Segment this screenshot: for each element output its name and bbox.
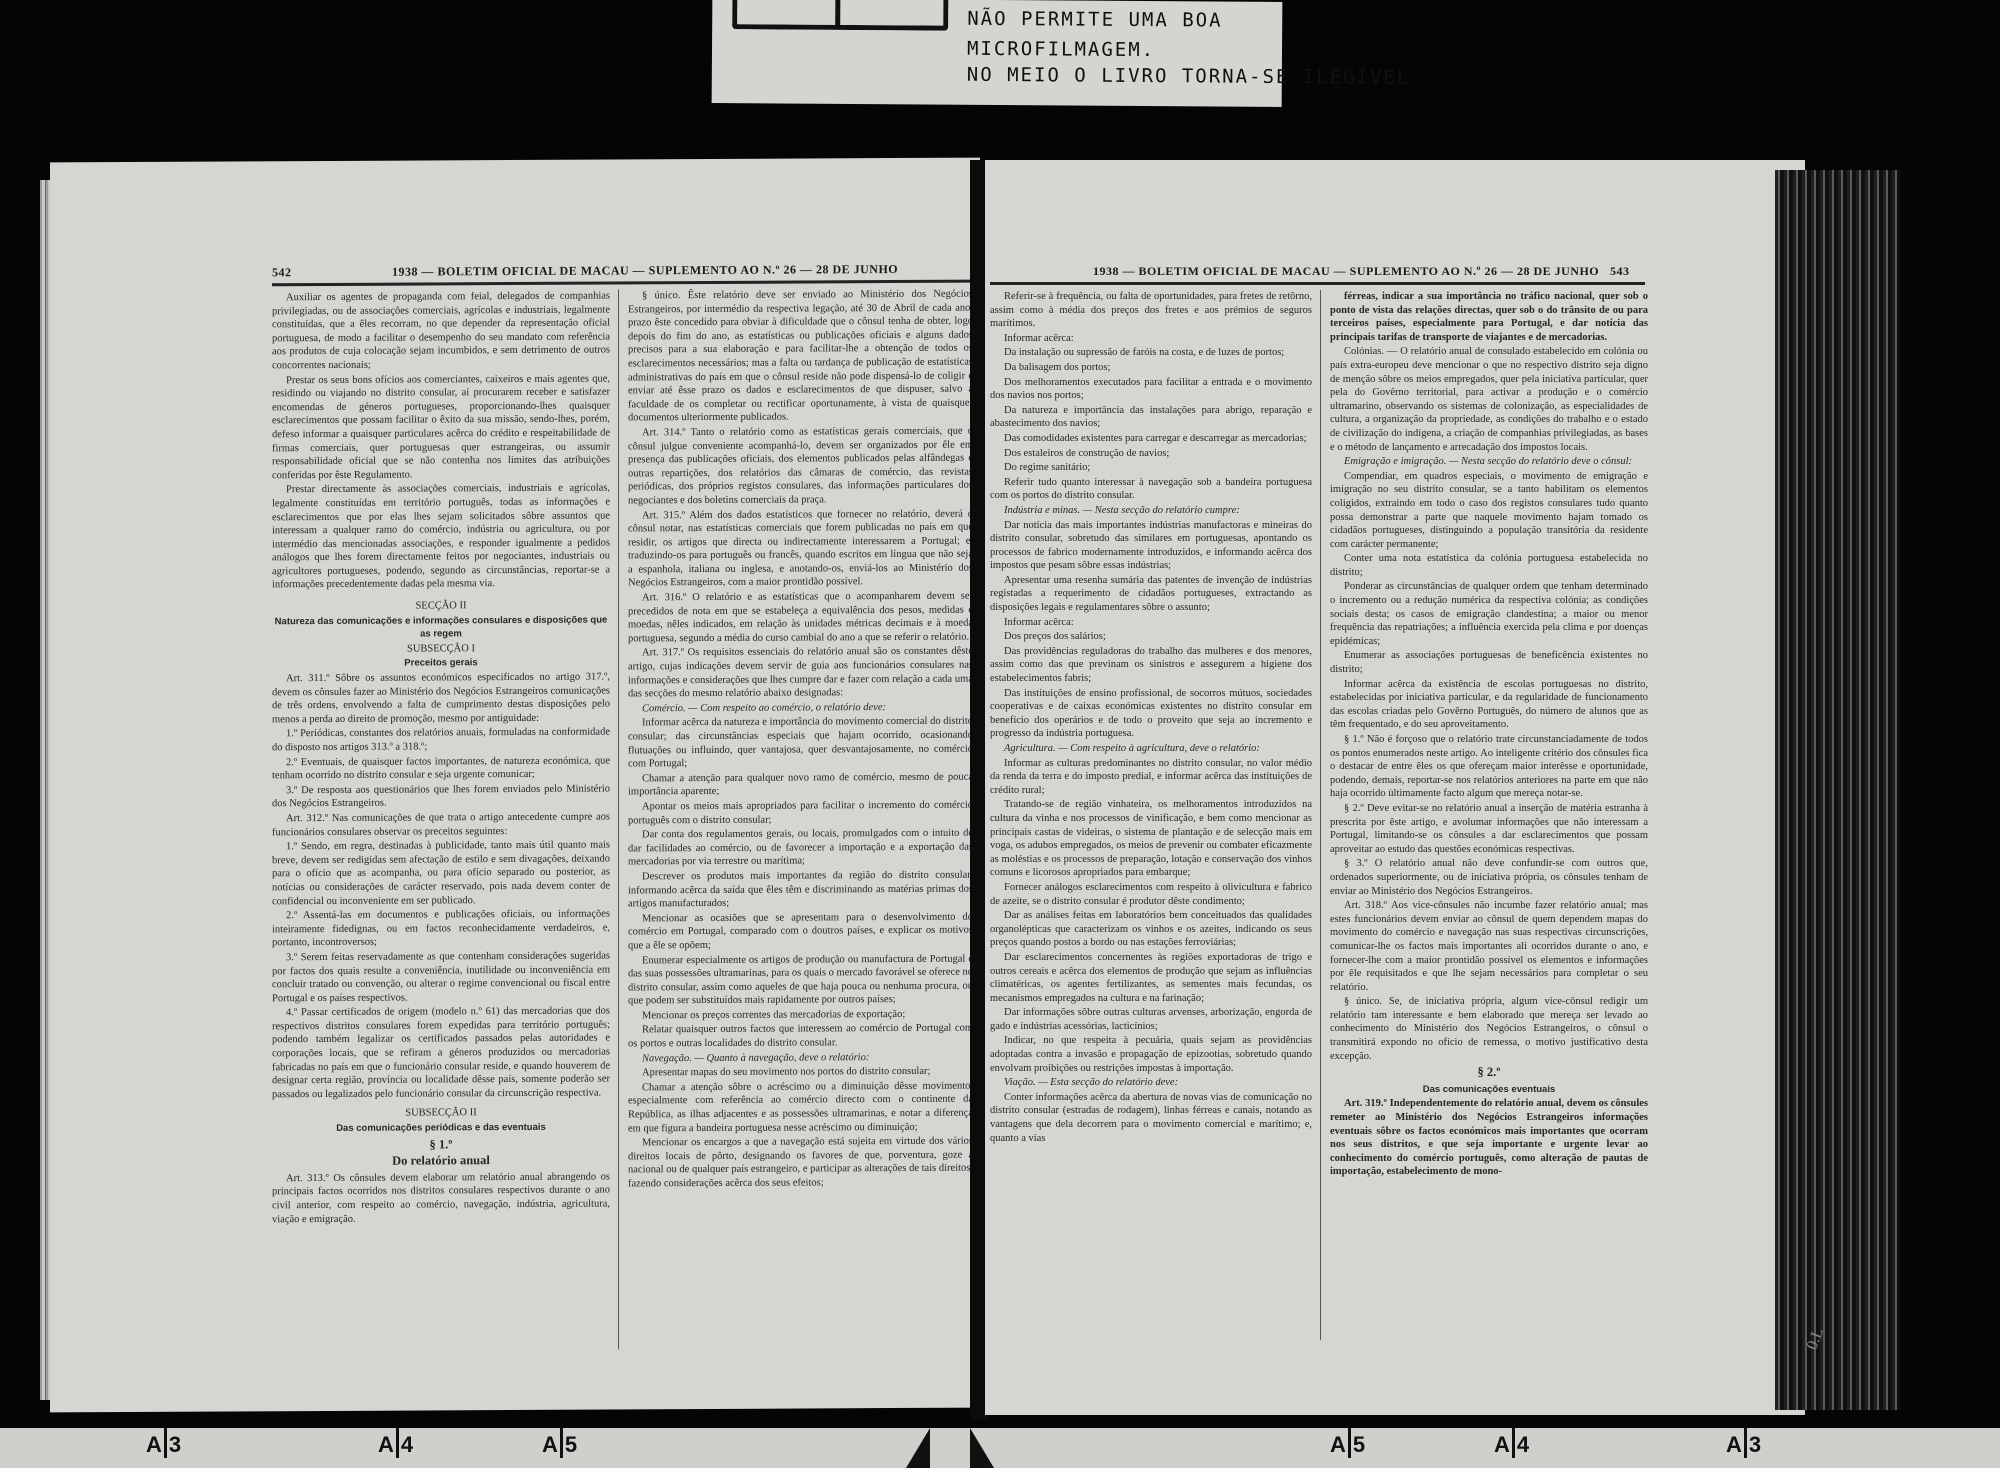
paragraph: Das comodidades existentes para carregar… — [990, 432, 1312, 446]
left-column-2: § único. Êste relatório deve ser enviado… — [628, 288, 973, 1192]
paragraph: 1.º Periódicas, constantes dos relatório… — [272, 726, 610, 755]
subsection-heading: SUBSECÇÃO I — [272, 641, 610, 656]
film-strip — [0, 1428, 2000, 1468]
paragraph: 2.º Assentá-las em documentos e publicaç… — [272, 908, 610, 951]
paragraph-mark: § 1.º — [272, 1137, 610, 1152]
center-arrow-right-icon — [970, 1428, 994, 1468]
paragraph-title: Das comunicações eventuais — [1330, 1083, 1648, 1097]
paragraph: Ponderar as circunstâncias de qualquer o… — [1330, 580, 1648, 648]
subsection-title: Preceitos gerais — [272, 656, 610, 671]
left-header-rule — [272, 280, 972, 287]
paragraph: Agricultura. — Com respeito à agricultur… — [990, 742, 1312, 756]
paragraph: Art. 314.º Tanto o relatório como as est… — [628, 425, 973, 508]
note-line-1: NÃO PERMITE UMA BOA — [967, 8, 1222, 32]
paragraph: Referir tudo quanto interessar à navegaç… — [990, 476, 1312, 503]
paragraph: Prestar os seus bons ofícios aos comerci… — [272, 372, 610, 483]
paragraph: Informar acêrca: — [990, 616, 1312, 630]
paragraph: Navegação. — Quanto à navegação, deve o … — [628, 1050, 973, 1065]
right-page-number: 543 — [1610, 264, 1630, 279]
paragraph-mark: § 2.º — [1330, 1066, 1648, 1080]
paragraph: férreas, indicar a sua importância no tr… — [1330, 290, 1648, 344]
left-running-head: 1938 — BOLETIM OFICIAL DE MACAU — SUPLEM… — [392, 262, 898, 280]
right-column-2: férreas, indicar a sua importância no tr… — [1330, 290, 1648, 1180]
paragraph: Art. 312.º Nas comunicações de que trata… — [272, 810, 610, 839]
paragraph: Viação. — Esta secção do relatório deve: — [990, 1076, 1312, 1090]
paragraph: Das providências reguladoras do trabalho… — [990, 645, 1312, 686]
paragraph: § único. Se, de iniciativa própria, algu… — [1330, 995, 1648, 1063]
paragraph: Mencionar os preços correntes das mercad… — [628, 1007, 973, 1022]
paragraph: Dar conta dos regulamentos gerais, ou lo… — [628, 827, 973, 870]
microfilm-note-card: NÃO PERMITE UMA BOA MICROFILMAGEM. NO ME… — [712, 0, 1283, 107]
open-book-icon — [732, 0, 948, 31]
paragraph: § 2.º Deve evitar-se no relatório anual … — [1330, 802, 1648, 856]
paragraph: Fornecer análogos esclarecimentos com re… — [990, 881, 1312, 908]
subsection-heading: SUBSECÇÃO II — [272, 1106, 610, 1121]
paragraph: Enumerar especialmente os artigos de pro… — [628, 952, 973, 1008]
open-book: 542 1938 — BOLETIM OFICIAL DE MACAU — SU… — [40, 160, 1960, 1430]
paragraph: Indústria e minas. — Nesta secção do rel… — [990, 504, 1312, 518]
paragraph: Da balisagem dos portos; — [990, 361, 1312, 375]
paragraph: Informar acêrca da existência de escolas… — [1330, 678, 1648, 732]
left-column-1: Auxiliar os agentes de propaganda com fe… — [272, 290, 610, 1228]
paragraph: 1.º Sendo, em regra, destinadas à public… — [272, 839, 610, 909]
right-running-head: 1938 — BOLETIM OFICIAL DE MACAU — SUPLEM… — [1093, 264, 1599, 279]
paragraph: Art. 319.º Independentemente do relatóri… — [1330, 1097, 1648, 1179]
paragraph: Art. 311.º Sôbre os assuntos económicos … — [272, 671, 610, 727]
paragraph: Relatar quaisquer outros factos que inte… — [628, 1022, 973, 1051]
paragraph: Dos preços dos salários; — [990, 630, 1312, 644]
right-page-edges — [1775, 170, 1900, 1410]
left-page-number: 542 — [272, 265, 292, 280]
paragraph: Referir-se à frequência, ou falta de opo… — [990, 290, 1312, 331]
reduction-mark: A3 — [146, 1432, 181, 1462]
reduction-mark: A5 — [542, 1432, 577, 1462]
column-divider — [618, 289, 619, 1349]
paragraph: Informar as culturas predominantes no di… — [990, 757, 1312, 798]
paragraph: Mencionar os encargos a que a navegação … — [628, 1135, 973, 1191]
paragraph: Indicar, no que respeita à pecuária, qua… — [990, 1034, 1312, 1075]
paragraph: Dar informações sôbre outras culturas ar… — [990, 1006, 1312, 1033]
paragraph: Mencionar as ocasiões que se apresentam … — [628, 910, 973, 953]
paragraph: Apresentar uma resenha sumária das paten… — [990, 574, 1312, 615]
paragraph: § único. Êste relatório deve ser enviado… — [628, 288, 973, 426]
paragraph: Do regime sanitário; — [990, 461, 1312, 475]
paragraph: Apresentar mapas do seu movimento nos po… — [628, 1065, 973, 1080]
right-column-1: Referir-se à frequência, ou falta de opo… — [990, 290, 1312, 1146]
reduction-mark: A3 — [1726, 1432, 1761, 1462]
reduction-mark: A5 — [1330, 1432, 1365, 1462]
paragraph: Auxiliar os agentes de propaganda com fe… — [272, 290, 610, 373]
paragraph: Art. 318.º Aos vice-cônsules não incumbe… — [1330, 899, 1648, 994]
paragraph: Das instituições de ensino profissional,… — [990, 687, 1312, 741]
paragraph: Colónias. — O relatório anual de consula… — [1330, 345, 1648, 454]
paragraph: Da instalação ou supressão de faróis na … — [990, 346, 1312, 360]
paragraph: Descrever os produtos mais importantes d… — [628, 869, 973, 912]
center-arrow-left-icon — [906, 1428, 930, 1468]
paragraph: 2.º Eventuais, de quaisquer factos impor… — [272, 754, 610, 783]
note-line-3: NO MEIO O LIVRO TORNA-SE ILEGÍVEL — [967, 64, 1411, 89]
paragraph: 4.º Passar certificados de origem (model… — [272, 1005, 610, 1102]
paragraph-title: Do relatório anual — [272, 1154, 610, 1169]
paragraph: Chamar a atenção sôbre o acréscimo ou a … — [628, 1079, 973, 1135]
paragraph: Dar esclarecimentos concernentes às regi… — [990, 951, 1312, 1005]
paragraph: Art. 313.º Os cônsules devem elaborar um… — [272, 1170, 610, 1226]
paragraph: 3.º Serem feitas reservadamente as que c… — [272, 949, 610, 1005]
paragraph: Compendiar, em quadros especiais, o movi… — [1330, 470, 1648, 552]
paragraph: Dos melhoramentos executados para facili… — [990, 376, 1312, 403]
paragraph: Chamar a atenção para qualquer novo ramo… — [628, 770, 973, 799]
paragraph: § 1.º Não é forçoso que o relatório trat… — [1330, 733, 1648, 801]
paragraph: Dar notícia das mais importantes indústr… — [990, 519, 1312, 573]
right-page: 1938 — BOLETIM OFICIAL DE MACAU — SUPLEM… — [985, 160, 1805, 1415]
paragraph: Informar acêrca da natureza e importânci… — [628, 715, 973, 771]
paragraph: Enumerar as associações portuguesas de b… — [1330, 649, 1648, 676]
column-divider — [1320, 290, 1321, 1340]
left-page: 542 1938 — BOLETIM OFICIAL DE MACAU — SU… — [50, 158, 980, 1413]
paragraph: 3.º De resposta aos questionários que lh… — [272, 782, 610, 811]
paragraph: Comércio. — Com respeito ao comércio, o … — [628, 700, 973, 715]
paragraph: Art. 317.º Os requisitos essenciais do r… — [628, 645, 973, 701]
note-line-2: MICROFILMAGEM. — [967, 38, 1155, 61]
paragraph: Tratando-se de região vinhateira, os mel… — [990, 798, 1312, 880]
paragraph: Art. 316.º O relatório e as estatísticas… — [628, 590, 973, 646]
reduction-mark: A4 — [378, 1432, 413, 1462]
subsection-title: Das comunicações periódicas e das eventu… — [272, 1121, 610, 1136]
paragraph: Apontar os meios mais apropriados para f… — [628, 799, 973, 828]
reduction-mark: A4 — [1494, 1432, 1529, 1462]
paragraph: Informar acêrca: — [990, 332, 1312, 346]
section-heading: SECÇÃO II — [272, 599, 610, 614]
paragraph: § 3.º O relatório anual não deve confund… — [1330, 857, 1648, 898]
paragraph: Conter informações acêrca da abertura de… — [990, 1091, 1312, 1145]
paragraph: Dar as análises feitas em laboratórios b… — [990, 909, 1312, 950]
paragraph: Da natureza e importância das instalaçõe… — [990, 404, 1312, 431]
paragraph: Art. 315.º Além dos dados estatísticos q… — [628, 507, 973, 590]
right-header-rule — [990, 282, 1645, 285]
paragraph: Conter uma nota estatística da colónia p… — [1330, 552, 1648, 579]
section-title: Natureza das comunicações e informações … — [272, 613, 610, 642]
paragraph: Prestar directamente às associações come… — [272, 482, 610, 593]
paragraph: Dos estaleiros de construção de navios; — [990, 447, 1312, 461]
paragraph: Emigração e imigração. — Nesta secção do… — [1330, 455, 1648, 469]
